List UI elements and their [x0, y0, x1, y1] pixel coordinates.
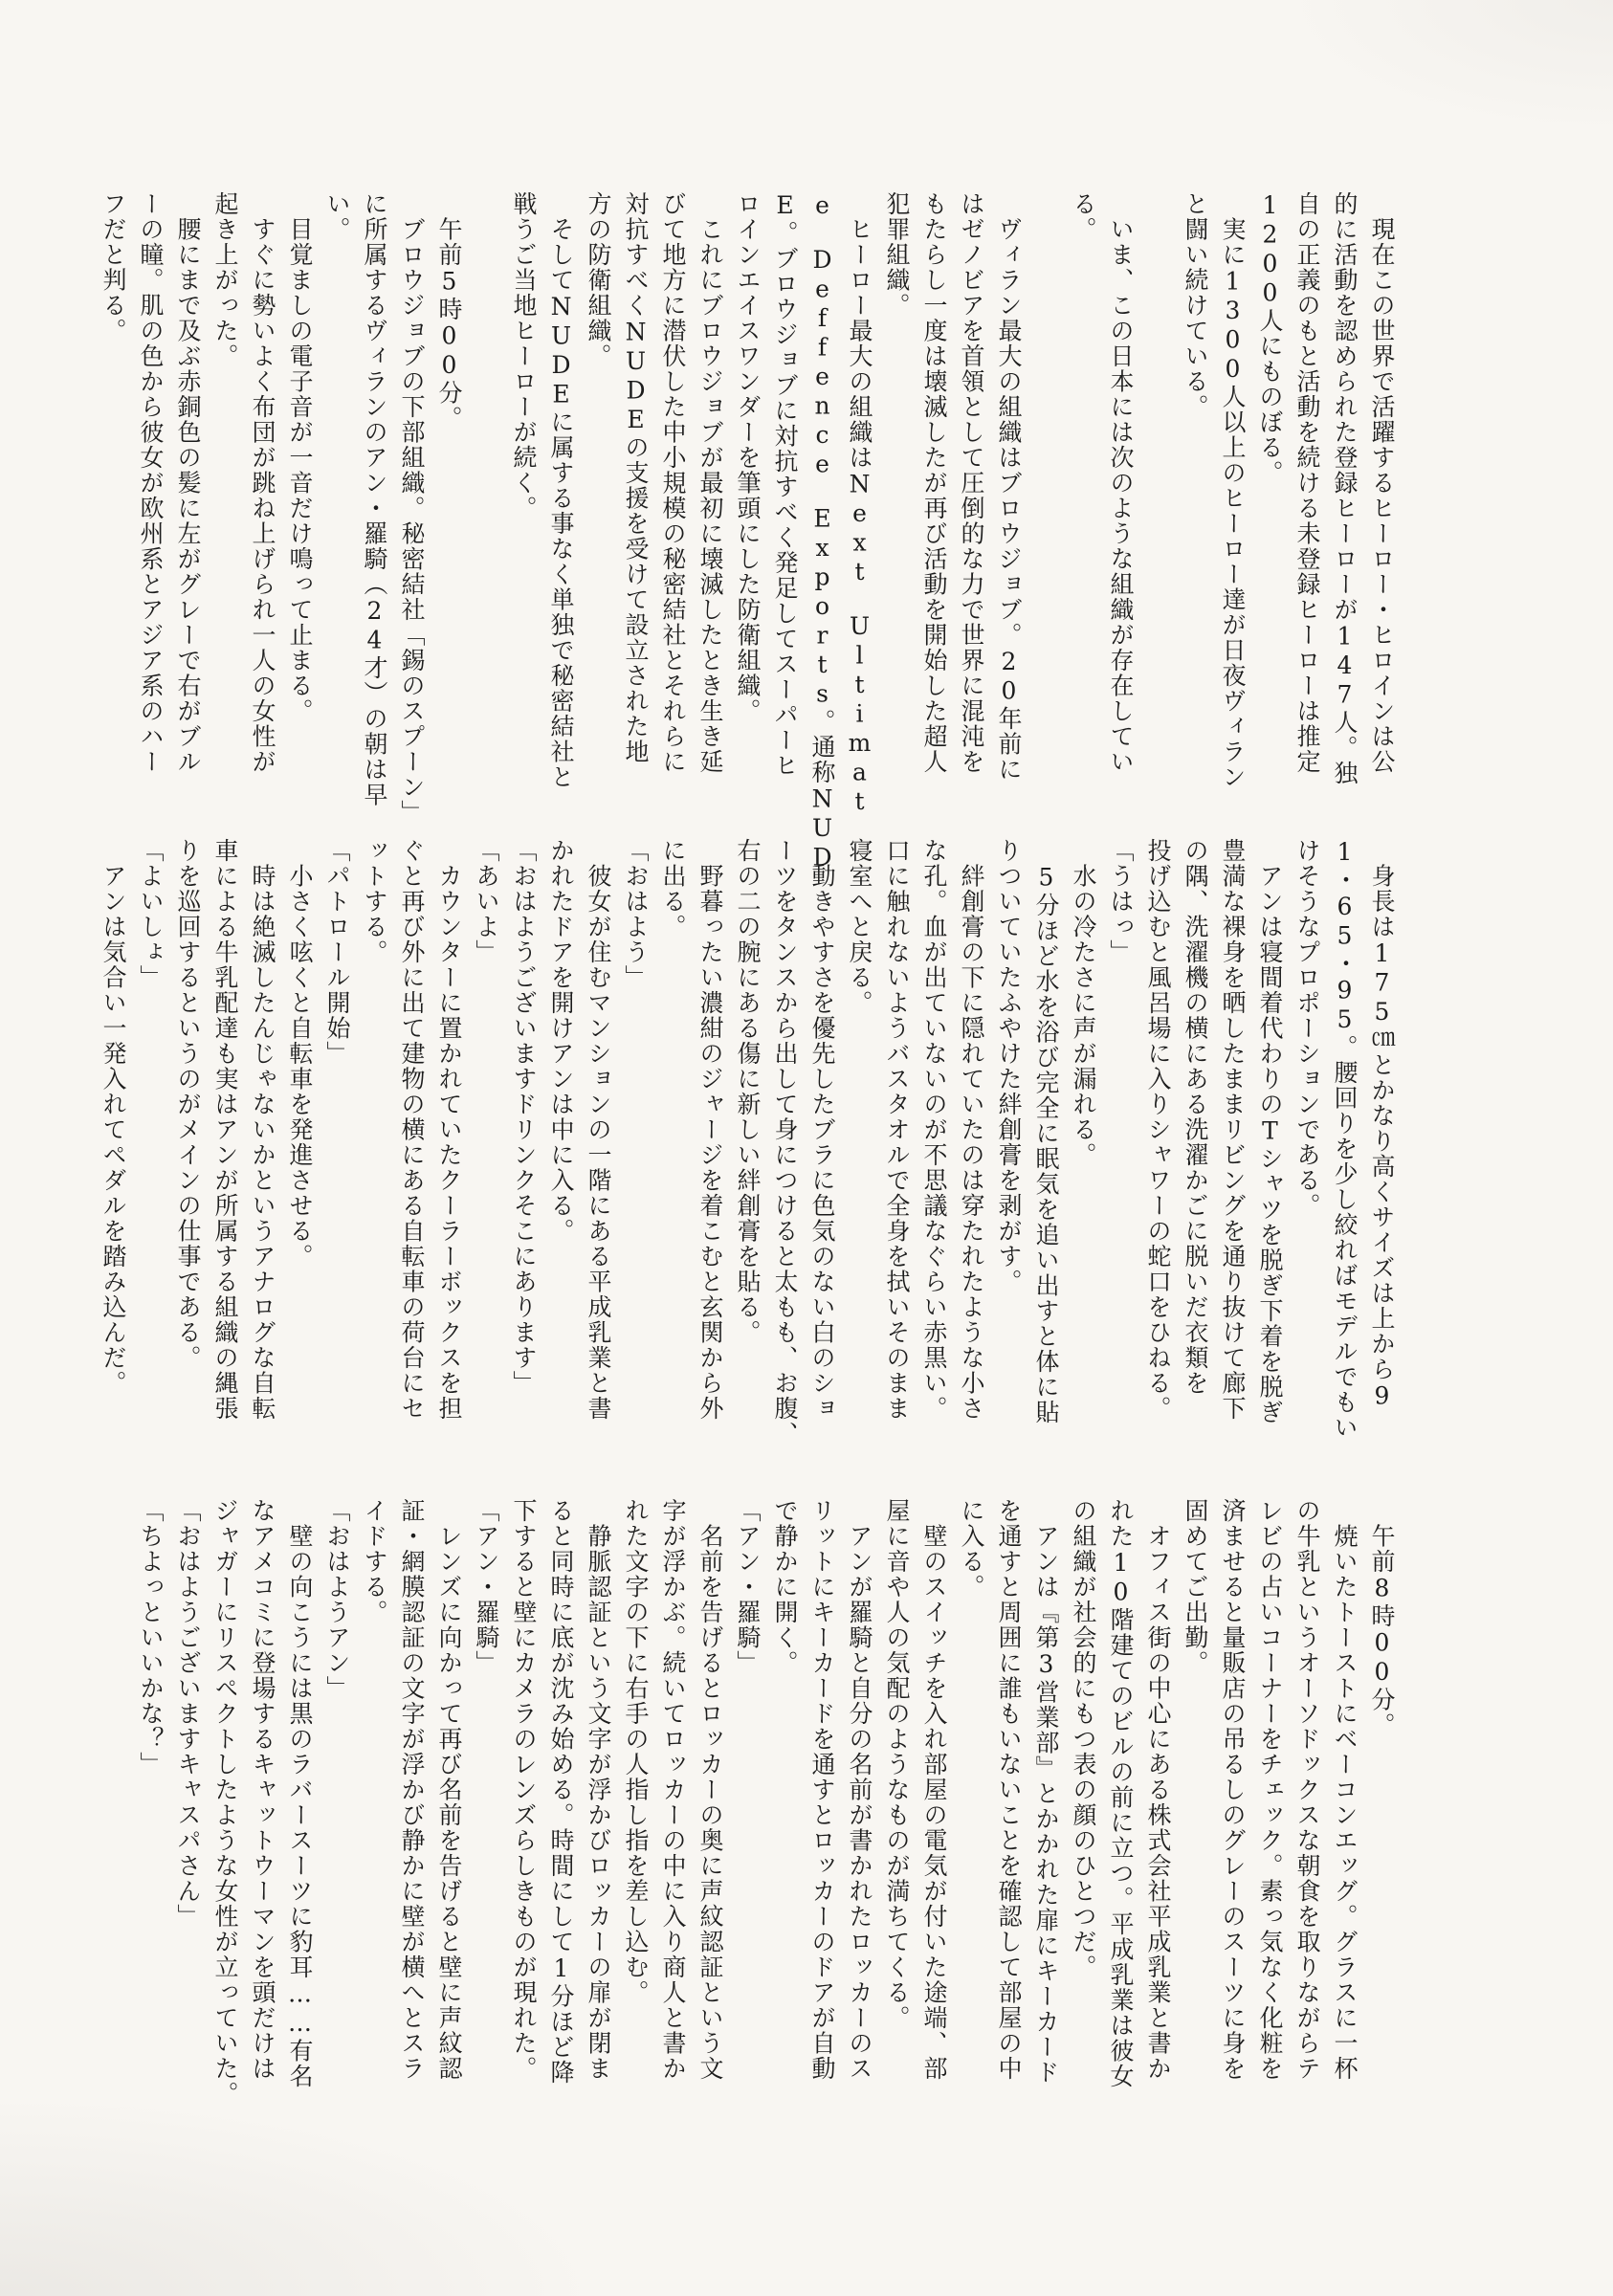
text-column: 「うはっ」 [1107, 838, 1134, 1481]
text-column: りついていたふやけた絆創膏を剥がす。 [995, 838, 1022, 1481]
text-column: 「アン・羅騎」 [473, 1498, 499, 2141]
text-column: の牛乳というオーソドックスな朝食を取りながらテ [1293, 1498, 1320, 2141]
text-column: と闘い続けている。 [1182, 191, 1208, 834]
text-column: 右の二の腕にある傷に新しい絆創膏を貼る。 [734, 838, 761, 1481]
text-column: 「ちよっといいかな？」 [137, 1498, 164, 2141]
text-column: 野暮ったい濃紺のジャージを着こむと玄関から外 [696, 838, 723, 1481]
text-column: リットにキーカードを通すとロッカーのドアが自動 [808, 1498, 835, 2141]
text-column: ると同時に底が沈み始める。時間にして1分ほど降 [547, 1498, 574, 2141]
text-column: 「よいしょ」 [137, 838, 164, 1481]
column-gap [473, 191, 499, 834]
text-column: りを巡回するというのがメインの仕事である。 [174, 838, 201, 1481]
text-column: 対抗すべくNUDEの支援を受けて設立された地 [622, 191, 649, 834]
text-column: e Deffence Exports。通称NUD [808, 191, 835, 834]
text-column: かれたドアを開けアンは中に入る。 [547, 838, 574, 1481]
text-block-prologue: 現在この世界で活躍するヒーロー・ヒロインは公的に活動を認められた登録ヒーローが1… [89, 191, 1395, 834]
text-column: 豊満な裸身を晒したままリビングを通り抜けて廊下 [1219, 838, 1246, 1481]
text-column: ヒーロー最大の組織はNext Ultimat [846, 191, 873, 834]
text-column: い。 [323, 191, 350, 834]
text-column: 「おはようございますキャスパさん」 [174, 1498, 201, 2141]
text-column: もたらし一度は壊滅したが再び活動を開始した超人 [920, 191, 947, 834]
text-column: に入る。 [958, 1498, 984, 2141]
text-column: れた10階建てのビルの前に立つ。平成乳業は彼女 [1107, 1498, 1134, 2141]
text-column: 彼女が住むマンションの一階にある平成乳業と書 [585, 838, 611, 1481]
text-column: レンズに向かって再び名前を告げると壁に声紋認 [435, 1498, 462, 2141]
text-column: 動きやすさを優先したブラに色気のない白のショ [808, 838, 835, 1481]
text-column: の隅、洗濯機の横にある洗濯かごに脱いだ衣類を [1182, 838, 1208, 1481]
text-column: ヴィラン最大の組織はブロウジョブ。20年前に [995, 191, 1022, 834]
text-column: 字が浮かぶ。続いてロッカーの中に入り商人と書か [659, 1498, 686, 2141]
novel-page: 現在この世界で活躍するヒーロー・ヒロインは公的に活動を認められた登録ヒーローが1… [0, 0, 1613, 2296]
text-column: 投げ込むと風呂場に入りシャワーの蛇口をひねる。 [1144, 838, 1171, 1481]
text-column: に出る。 [659, 838, 686, 1481]
text-column: 午前8時00分。 [1368, 1498, 1395, 2141]
text-column: カウンターに置かれていたクーラーボックスを担 [435, 838, 462, 1481]
text-column: アンは『第3営業部』とかかれた扉にキーカード [1032, 1498, 1059, 2141]
text-column: これにブロウジョブが最初に壊滅したとき生き延 [696, 191, 723, 834]
text-column: 固めてご出勤。 [1182, 1498, 1208, 2141]
text-column: 目覚ましの電子音が一音だけ鳴って止まる。 [286, 191, 313, 834]
text-block-morning-routine: 身長は175㎝とかなり高くサイズは上から91・65・95。腰回りを少し絞ればモデ… [89, 838, 1395, 1481]
text-column: 絆創膏の下に隠れていたのは穿たれたような小さ [958, 838, 984, 1481]
text-column: 屋に音や人の気配のようなものが満ちてくる。 [883, 1498, 910, 2141]
text-column: 起き上がった。 [211, 191, 238, 834]
text-column: E。ブロウジョブに対抗すべく発足してスーパーヒ [771, 191, 798, 834]
text-column: 「おはようアン」 [323, 1498, 350, 2141]
text-column: 済ませると量販店の吊るしのグレーのスーツに身を [1219, 1498, 1246, 2141]
text-column: すぐに勢いよく布団が跳ね上げられ一人の女性が [249, 191, 276, 834]
text-column: 焼いたトーストにベーコンエッグ。グラスに一杯 [1331, 1498, 1358, 2141]
text-column: アンは寝間着代わりのTシャツを脱ぎ下着を脱ぎ [1256, 838, 1283, 1481]
text-column: 1200人にものぼる。 [1256, 191, 1283, 834]
text-column: 「パトロール開始」 [323, 838, 350, 1481]
text-column: びて地方に潜伏した中小規模の秘密結社とそれらに [659, 191, 686, 834]
column-gap [1032, 191, 1059, 834]
text-column: けそうなプロポーションである。 [1293, 838, 1320, 1481]
text-column: いま、この日本には次のような組織が存在してい [1107, 191, 1134, 834]
text-column: アンは気合い一発入れてペダルを踏み込んだ。 [99, 838, 126, 1481]
text-column: 方の防衛組織。 [585, 191, 611, 834]
text-column: 5分ほど水を浴び完全に眠気を追い出すと体に貼 [1032, 838, 1059, 1481]
text-column: 自の正義のもと活動を続ける未登録ヒーローは推定 [1293, 191, 1320, 834]
text-column: イドする。 [361, 1498, 387, 2141]
text-column: 壁のスイッチを入れ部屋の電気が付いた途端、部 [920, 1498, 947, 2141]
text-column: な孔。血が出ていないのが不思議なぐらい赤黒い。 [920, 838, 947, 1481]
text-column: 現在この世界で活躍するヒーロー・ヒロインは公 [1368, 191, 1395, 834]
text-column: 時は絶滅したんじゃないかというアナログな自転 [249, 838, 276, 1481]
text-column: 身長は175㎝とかなり高くサイズは上から9 [1368, 838, 1395, 1481]
text-column: アンが羅騎と自分の名前が書かれたロッカーのス [846, 1498, 873, 2141]
text-column: 小さく呟くと自転車を発進させる。 [286, 838, 313, 1481]
text-column: 的に活動を認められた登録ヒーローが147人。独 [1331, 191, 1358, 834]
text-column: ジャガーにリスペクトしたような女性が立っていた。 [211, 1498, 238, 2141]
text-column: ブロウジョブの下部組織。秘密結社「錫のスプーン」 [398, 191, 425, 834]
text-column: 名前を告げるとロッカーの奥に声紋認証という文 [696, 1498, 723, 2141]
text-column: で静かに開く。 [771, 1498, 798, 2141]
text-column: る。 [1070, 191, 1096, 834]
text-column: そしてNUDEに属する事なく単独で秘密結社と [547, 191, 574, 834]
text-column: 腰にまで及ぶ赤銅色の髪に左がグレーで右がブル [174, 191, 201, 834]
text-column: オフィス街の中心にある株式会社平成乳業と書か [1144, 1498, 1171, 2141]
text-column: の組織が社会的にもつ表の顔のひとつだ。 [1070, 1498, 1096, 2141]
text-column: ットする。 [361, 838, 387, 1481]
text-column: ーツをタンスから出して身につけると太もも、お腹、 [771, 838, 798, 1481]
text-column: に所属するヴィランのアン・羅騎（24才）の朝は早 [361, 191, 387, 834]
text-column: レビの占いコーナーをチェック。素っ気なく化粧を [1256, 1498, 1283, 2141]
text-column: 「おはよう」 [622, 838, 649, 1481]
text-column: 「アン・羅騎」 [734, 1498, 761, 2141]
text-column: 戦うご当地ヒーローが続く。 [510, 191, 537, 834]
text-column: 下すると壁にカメラのレンズらしきものが現れた。 [510, 1498, 537, 2141]
text-block-office-arrival: 午前8時00分。 焼いたトーストにベーコンエッグ。グラスに一杯の牛乳というオーソ… [126, 1498, 1395, 2141]
text-column: ーの瞳。肌の色から彼女が欧州系とアジア系のハー [137, 191, 164, 834]
text-column: 午前5時00分。 [435, 191, 462, 834]
column-gap [1144, 191, 1171, 834]
text-column: 静脈認証という文字が浮かびロッカーの扉が閉ま [585, 1498, 611, 2141]
text-column: はゼノビアを首領として圧倒的な力で世界に混沌を [958, 191, 984, 834]
text-column: を通すと周囲に誰もいないことを確認して部屋の中 [995, 1498, 1022, 2141]
text-column: ロインエイスワンダーを筆頭にした防衛組織。 [734, 191, 761, 834]
text-column: 寝室へと戻る。 [846, 838, 873, 1481]
text-column: 口に触れないようバスタオルで全身を拭いそのまま [883, 838, 910, 1481]
text-column: 「あいよ」 [473, 838, 499, 1481]
text-column: 壁の向こうには黒のラバースーツに豹耳……有名 [286, 1498, 313, 2141]
text-column: 証・網膜認証の文字が浮かび静かに壁が横へとスラ [398, 1498, 425, 2141]
text-column: れた文字の下に右手の人指し指を差し込む。 [622, 1498, 649, 2141]
text-column: 犯罪組織。 [883, 191, 910, 834]
text-column: 「おはようございますドリンクそこにあります」 [510, 838, 537, 1481]
text-column: なアメコミに登場するキャットウーマンを頭だけは [249, 1498, 276, 2141]
text-column: 1・65・95。腰回りを少し絞ればモデルでもい [1331, 838, 1358, 1481]
text-column: 車による牛乳配達も実はアンが所属する組織の縄張 [211, 838, 238, 1481]
text-column: 水の冷たさに声が漏れる。 [1070, 838, 1096, 1481]
text-column: フだと判る。 [99, 191, 126, 834]
text-column: ぐと再び外に出て建物の横にある自転車の荷台にセ [398, 838, 425, 1481]
text-column: 実に1300人以上のヒーロー達が日夜ヴィラン [1219, 191, 1246, 834]
